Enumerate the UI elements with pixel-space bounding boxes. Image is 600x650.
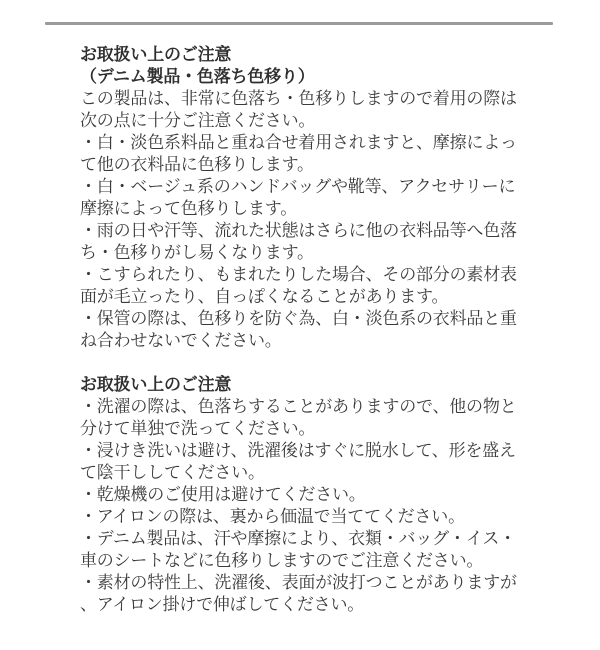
text-line: ・白・ベージュ系のハンドバッグや靴等、アクセサリーに [80,176,540,198]
text-line: （デニム製品・色落ち色移り） [80,66,540,88]
text-line: お取扱い上のご注意 [80,44,540,66]
text-line: 次の点に十分ご注意ください。 [80,110,540,132]
text-line: て陰干ししてください。 [80,462,540,484]
text-line: ・雨の日や汗等、流れた状態はさらに他の衣料品等へ色落 [80,220,540,242]
text-line: ・白・淡色系料品と重ね合せ着用されますと、摩擦によっ [80,132,540,154]
text-line: 分けて単独で洗ってください。 [80,418,540,440]
text-line: ・アイロンの際は、裏から価温で当ててください。 [80,506,540,528]
text-line: 面が毛立ったり、自っぽくなることがあります。 [80,286,540,308]
care-instructions-page: お取扱い上のご注意（デニム製品・色落ち色移り） この製品は、非常に色落ち・色移り… [0,0,600,650]
text-line: ね合わせないでください。 [80,330,540,352]
text-line: ・浸けき洗いは避け、洗濯後はすぐに脱水して、形を盛え [80,440,540,462]
text-line: ・こすられたり、もまれたりした場合、その部分の素材表 [80,264,540,286]
text-line: ・洗濯の際は、色落ちすることがありますので、他の物と [80,396,540,418]
text-line: ち・色移りがし易くなります。 [80,242,540,264]
text-line: 摩擦によって色移りします。 [80,198,540,220]
text-line: ・保管の際は、色移りを防ぐ為、白・淡色系の衣料品と重 [80,308,540,330]
text-line: ・デニム製品は、汗や摩擦により、衣類・バッグ・イス・ [80,528,540,550]
text-line: 、アイロン掛けで伸ばしてください。 [80,594,540,616]
top-divider-line [45,22,553,25]
text-line: お取扱い上のご注意 [80,374,540,396]
section-heading: お取扱い上のご注意 [80,374,540,396]
text-line: ・乾燥機のご使用は避けてください。 [80,484,540,506]
section-body: ・洗濯の際は、色落ちすることがありますので、他の物と分けて単独で洗ってください。… [80,396,540,616]
text-line: ・素材の特性上、洗濯後、表面が波打つことがありますが [80,572,540,594]
text-line: この製品は、非常に色落ち・色移りしますので着用の際は [80,88,540,110]
section-body: この製品は、非常に色落ち・色移りしますので着用の際は次の点に十分ご注意ください。… [80,88,540,352]
care-instructions-text: お取扱い上のご注意（デニム製品・色落ち色移り） この製品は、非常に色落ち・色移り… [80,44,540,616]
text-line: 車のシートなどに色移りしますのでご注意ください。 [80,550,540,572]
section-heading: お取扱い上のご注意（デニム製品・色落ち色移り） [80,44,540,88]
section-color-transfer-notice: お取扱い上のご注意（デニム製品・色落ち色移り） この製品は、非常に色落ち・色移り… [80,44,540,352]
text-line: て他の衣料品に色移りします。 [80,154,540,176]
section-washing-notice: お取扱い上のご注意 ・洗濯の際は、色落ちすることがありますので、他の物と分けて単… [80,374,540,616]
